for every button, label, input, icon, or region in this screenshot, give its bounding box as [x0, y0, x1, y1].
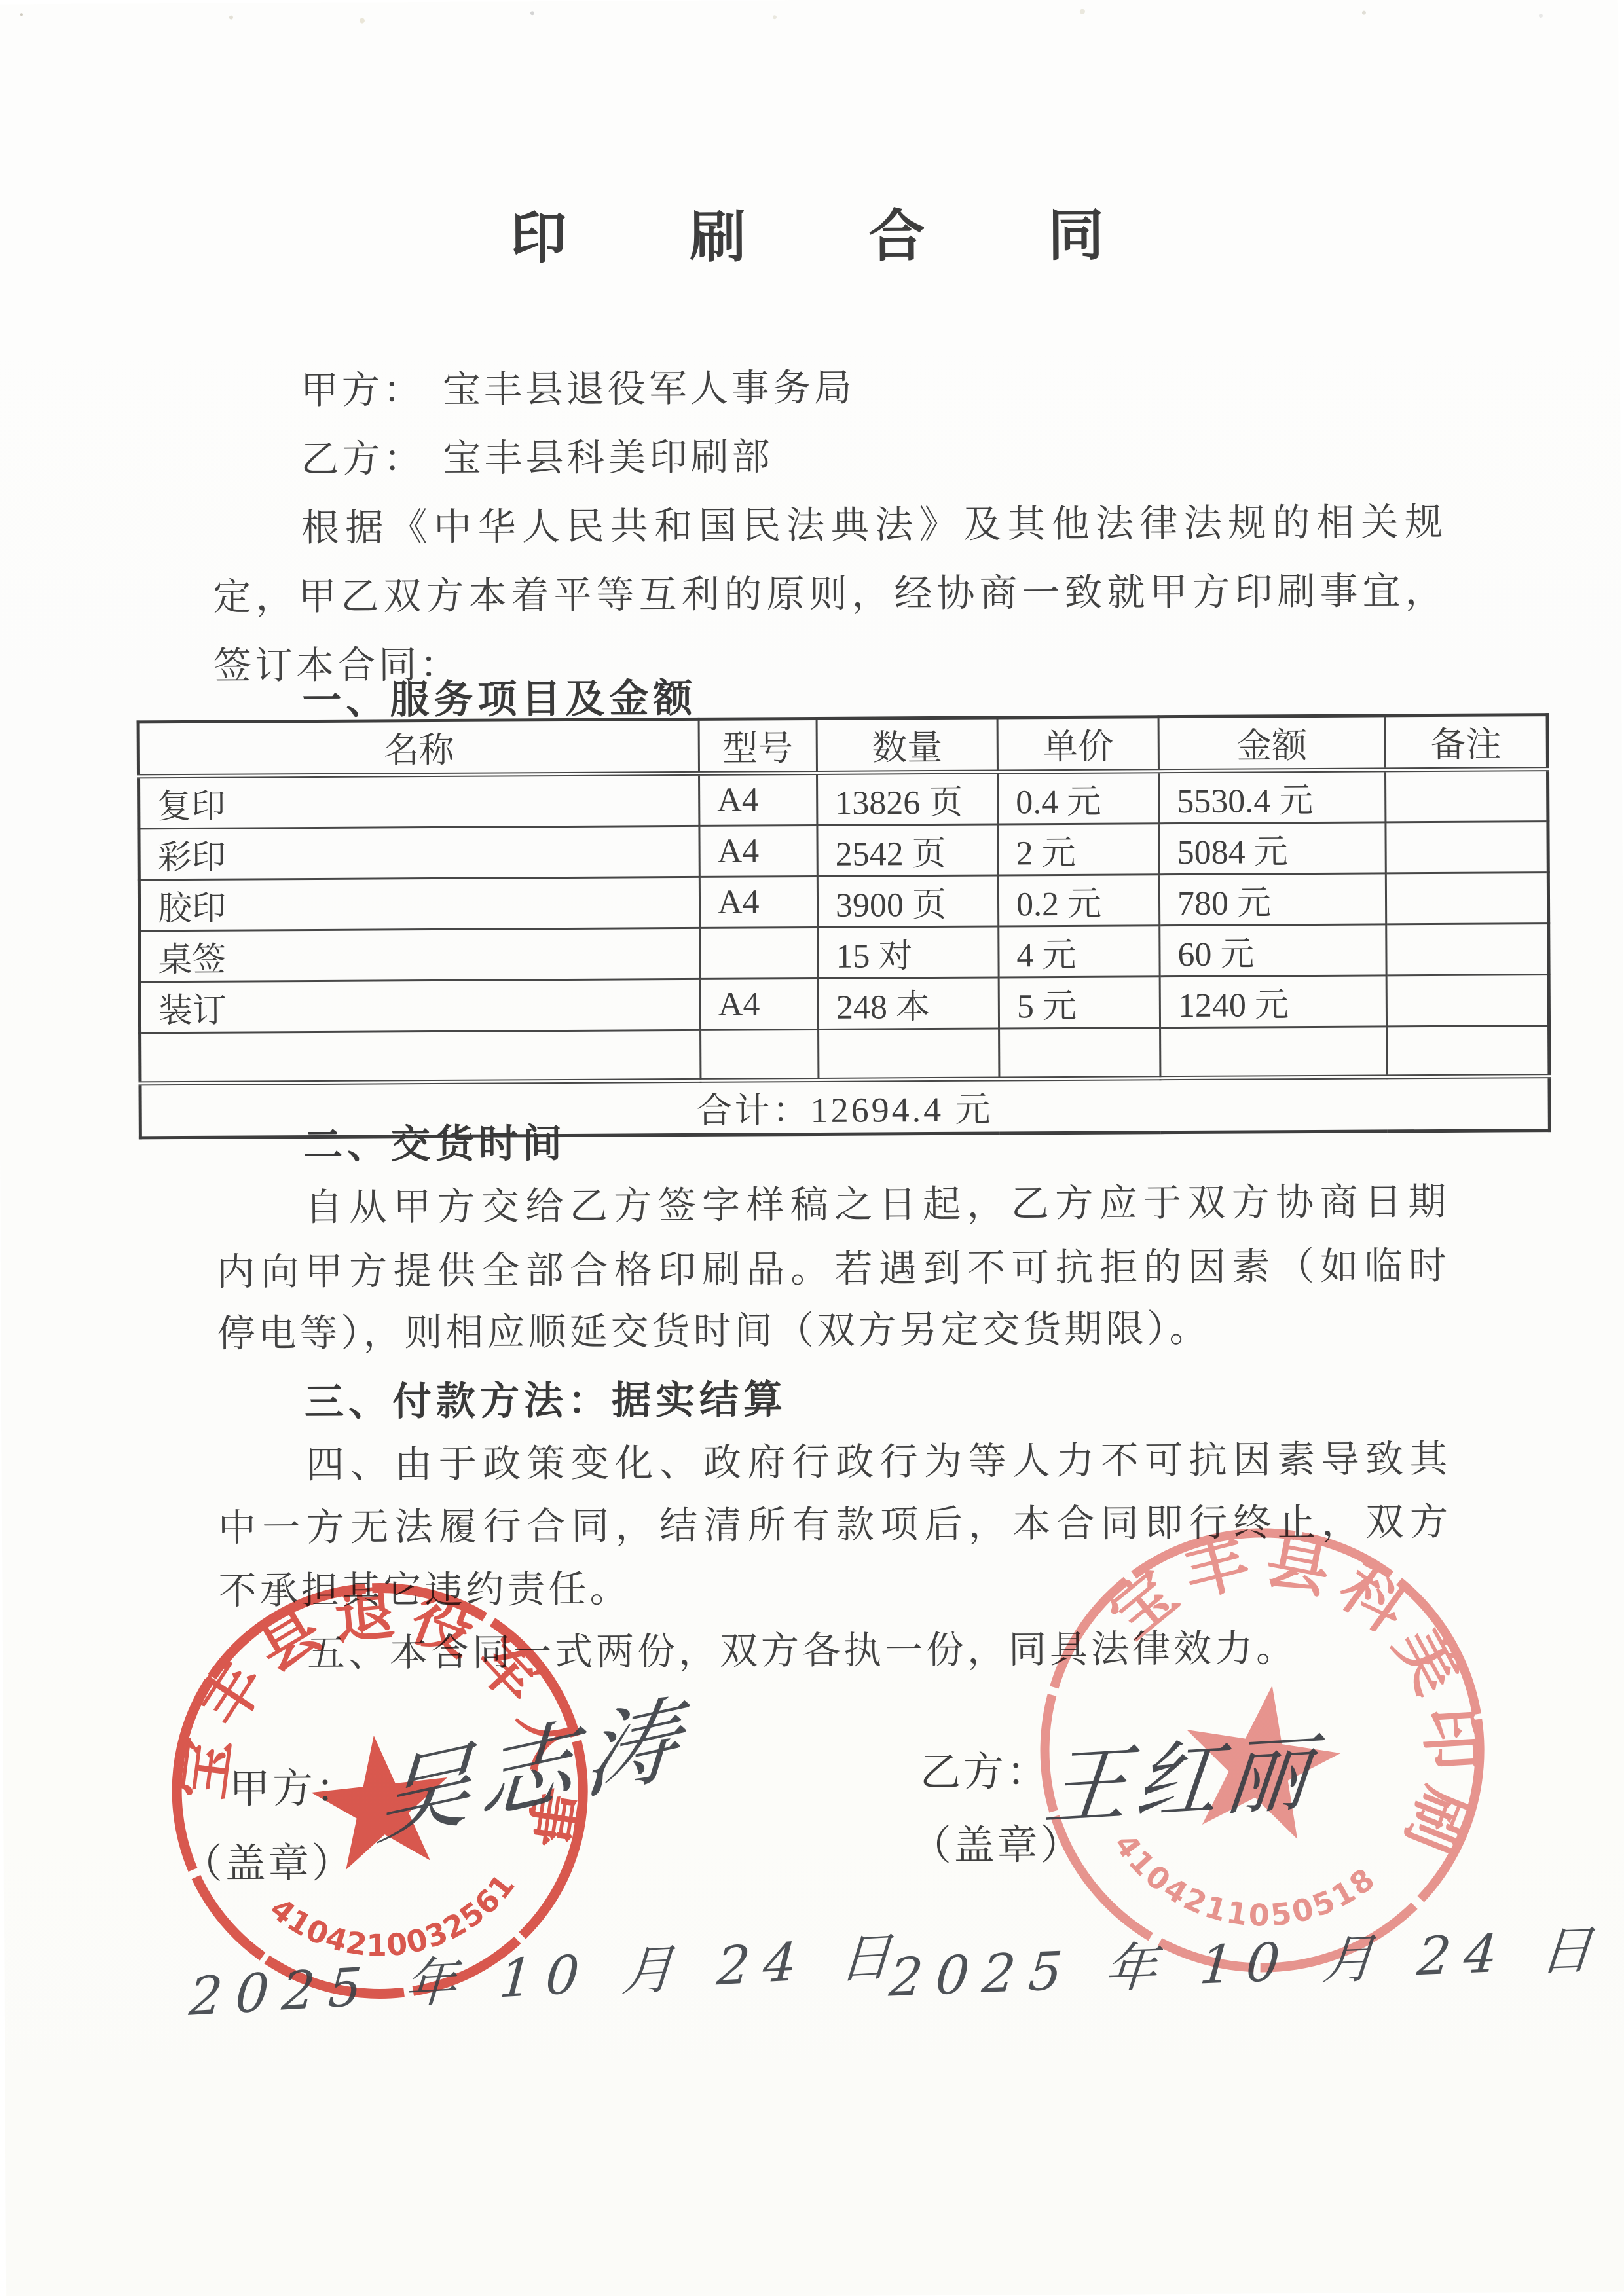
table-header-cell: 数量 [817, 718, 997, 773]
table-cell: 60 元 [1160, 924, 1386, 977]
table-cell [819, 1029, 999, 1080]
table-cell: 1240 元 [1160, 975, 1386, 1028]
section1-heading: 一、服务项目及金额 [302, 667, 697, 725]
table-cell [140, 1030, 701, 1083]
services-table: 名称型号数量单价金额备注 复印A413826 页0.4 元5530.4 元彩印A… [137, 713, 1551, 1139]
table-row: 彩印A42542 页2 元5084 元 [139, 822, 1548, 880]
table-row: 复印A413826 页0.4 元5530.4 元 [139, 769, 1548, 829]
table-cell: 2542 页 [817, 824, 998, 876]
table-cell: A4 [700, 978, 818, 1030]
table-cell [999, 1028, 1160, 1079]
section2-line-2: 内向甲方提供全部合格印刷品。若遇到不可抗拒的因素（如临时 [217, 1235, 1450, 1296]
party-b-line: 乙方：宝丰县科美印刷部 [301, 426, 773, 483]
table-cell: 彩印 [139, 826, 699, 879]
table-cell: 3900 页 [817, 875, 998, 927]
section4-line-1: 四、由于政策变化、政府行政行为等人力不可抗因素导致其 [306, 1428, 1450, 1489]
table-cell: 复印 [139, 773, 699, 828]
section2-line-1: 自从甲方交给乙方签字样稿之日起，乙方应于双方协商日期 [304, 1171, 1449, 1231]
table-cell [1387, 1026, 1549, 1077]
party-a-line: 甲方：宝丰县退役军人事务局 [301, 357, 855, 414]
section2-heading: 二、交货时间 [303, 1112, 566, 1170]
services-table-header: 名称型号数量单价金额备注 [138, 715, 1547, 776]
table-cell: 5084 元 [1159, 822, 1386, 875]
party-a-name: 宝丰县退役军人事务局 [443, 357, 855, 414]
table-cell: 胶印 [139, 877, 699, 930]
table-cell: 0.2 元 [998, 875, 1159, 926]
table-cell: 4 元 [999, 926, 1160, 977]
table-cell: 248 本 [818, 977, 999, 1029]
scan-noise [20, 13, 23, 16]
table-header-cell: 单价 [997, 717, 1158, 772]
table-header-cell: 金额 [1158, 716, 1385, 771]
table-row: 桌签15 对4 元60 元 [139, 924, 1549, 982]
section2-line-3: 停电等），则相应顺延交货时间（双方另定交货期限）。 [217, 1298, 1210, 1358]
page-title: 印 刷 合 同 [0, 187, 1619, 277]
table-cell: A4 [699, 876, 817, 928]
table-cell [1386, 822, 1548, 873]
party-b-sign-label: 乙方： [920, 1739, 1050, 1798]
party-b-label: 乙方： [301, 428, 424, 483]
table-cell [1160, 1027, 1387, 1078]
party-a-label: 甲方： [301, 359, 424, 414]
contract-page: 印 刷 合 同 甲方：宝丰县退役军人事务局 乙方：宝丰县科美印刷部 根据《中华人… [0, 0, 1624, 2296]
table-header-row: 名称型号数量单价金额备注 [138, 715, 1547, 776]
table-cell [701, 1029, 819, 1080]
preamble-line-1: 根据《中华人民共和国民法典法》及其他法律法规的相关规 [301, 491, 1446, 552]
table-cell: A4 [699, 773, 817, 826]
table-cell: 13826 页 [817, 772, 997, 825]
table-header-cell: 名称 [138, 719, 699, 776]
table-cell: 2 元 [998, 824, 1159, 875]
party-b-seal-note: （盖章） [910, 1812, 1083, 1871]
table-cell [700, 927, 818, 979]
table-row [140, 1026, 1549, 1084]
party-a-sign-label: 甲方： [229, 1756, 359, 1815]
table-cell [1386, 873, 1548, 924]
table-header-cell: 备注 [1385, 715, 1547, 770]
party-a-seal-note: （盖章） [181, 1831, 354, 1889]
table-header-cell: 型号 [699, 718, 817, 773]
table-cell: 5 元 [999, 977, 1160, 1029]
table-cell: 15 对 [818, 926, 999, 978]
table-cell: 5530.4 元 [1158, 770, 1385, 824]
table-row: 胶印A43900 页0.2 元780 元 [139, 873, 1548, 931]
table-row: 装订A4248 本5 元1240 元 [139, 975, 1549, 1033]
services-table-body: 复印A413826 页0.4 元5530.4 元彩印A42542 页2 元508… [139, 769, 1549, 1084]
table-cell: 装订 [139, 979, 700, 1032]
table-cell [1385, 769, 1547, 822]
preamble-line-2: 定，甲乙双方本着平等互利的原则，经协商一致就甲方印刷事宜， [213, 560, 1446, 621]
party-b-date: 2025 年 10 月 24 日 [887, 1906, 1609, 2011]
table-cell [1386, 924, 1549, 975]
table-cell: 桌签 [139, 928, 700, 981]
section3-heading: 三、付款方法：据实结算 [304, 1368, 787, 1427]
table-cell: 780 元 [1159, 873, 1386, 926]
party-b-name: 宝丰县科美印刷部 [443, 426, 773, 483]
table-cell: A4 [699, 825, 817, 877]
table-cell: 0.4 元 [997, 771, 1158, 824]
table-cell [1386, 975, 1549, 1027]
